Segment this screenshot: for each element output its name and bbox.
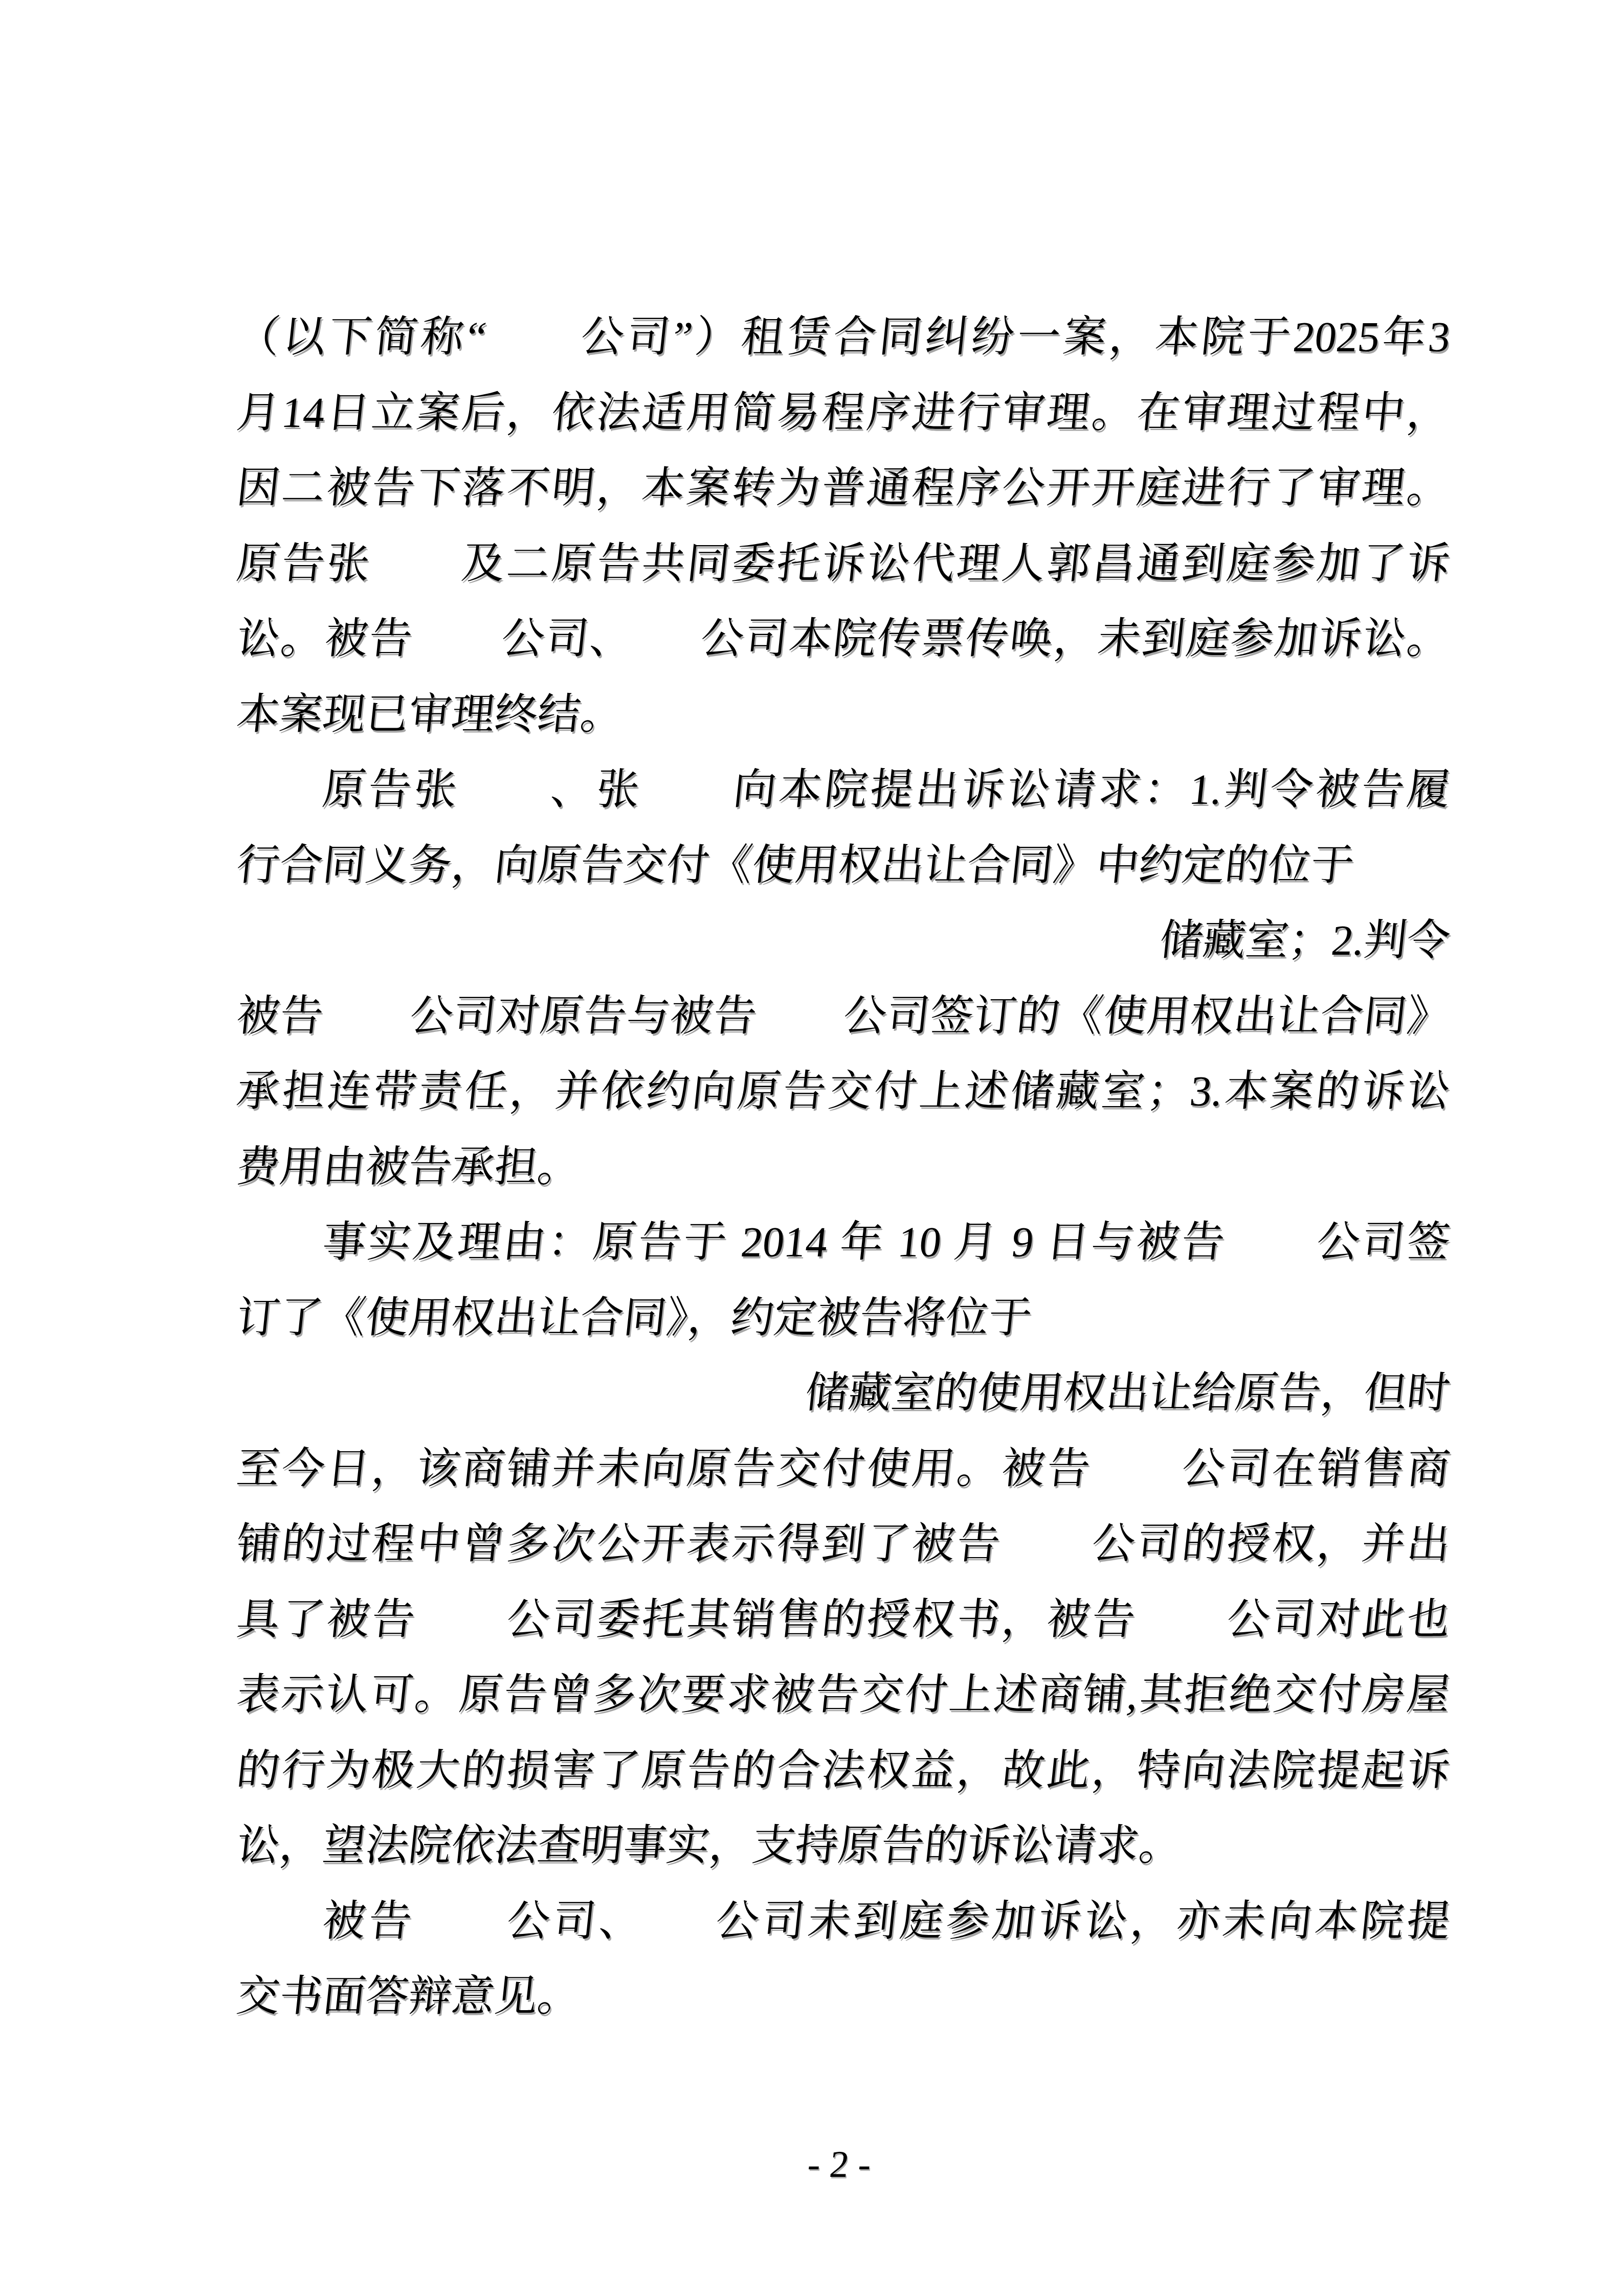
text-line: 讼。被告 公司、 公司本院传票传唤，未到庭参加诉讼。 — [233, 601, 1454, 677]
text-line: 表示认可。原告曾多次要求被告交付上述商铺,其拒绝交付房屋 — [233, 1657, 1454, 1733]
text-line: 的行为极大的损害了原告的合法权益，故此，特向法院提起诉 — [233, 1733, 1454, 1809]
page-number: - 2 - — [229, 2131, 1450, 2198]
judgment-page: （以下简称“ 公司”）租赁合同纠纷一案，本院于2025年3 月14日立案后，依法… — [0, 0, 1624, 2296]
text-line: （以下简称“ 公司”）租赁合同纠纷一案，本院于2025年3 — [233, 300, 1454, 375]
text-line: 月14日立案后，依法适用简易程序进行审理。在审理过程中， — [233, 375, 1454, 451]
text-line-redacted-address: 储藏室；2.判令 — [233, 903, 1454, 979]
judgment-body-text: （以下简称“ 公司”）租赁合同纠纷一案，本院于2025年3 月14日立案后，依法… — [233, 300, 1446, 2035]
text-line: 原告张 及二原告共同委托诉讼代理人郭昌通到庭参加了诉 — [233, 526, 1454, 602]
text-line: 本案现已审理终结。 — [233, 677, 1454, 753]
text-line: 因二被告下落不明，本案转为普通程序公开开庭进行了审理。 — [233, 451, 1454, 526]
text-line: 原告张 、张 向本院提出诉讼请求：1.判令被告履 — [233, 752, 1454, 828]
text-line: 交书面答辩意见。 — [233, 1959, 1454, 2035]
text-line: 行合同义务，向原告交付《使用权出让合同》中约定的位于 — [233, 828, 1454, 904]
text-line-redacted-address: 储藏室的使用权出让给原告，但时 — [233, 1356, 1454, 1431]
text-line: 被告 公司对原告与被告 公司签订的《使用权出让合同》 — [233, 979, 1454, 1054]
text-line: 被告 公司、 公司未到庭参加诉讼，亦未向本院提 — [233, 1884, 1454, 1960]
text-line: 具了被告 公司委托其销售的授权书，被告 公司对此也 — [233, 1582, 1454, 1658]
text-line: 至今日，该商铺并未向原告交付使用。被告 公司在销售商 — [233, 1431, 1454, 1507]
text-line: 费用由被告承担。 — [233, 1130, 1454, 1205]
text-line: 订了《使用权出让合同》，约定被告将位于 — [233, 1280, 1454, 1356]
text-line: 承担连带责任，并依约向原告交付上述储藏室；3.本案的诉讼 — [233, 1054, 1454, 1130]
text-line: 铺的过程中曾多次公开表示得到了被告 公司的授权，并出 — [233, 1506, 1454, 1582]
text-line: 讼，望法院依法查明事实，支持原告的诉讼请求。 — [233, 1808, 1454, 1884]
text-line: 事实及理由：原告于 2014 年 10 月 9 日与被告 公司签 — [233, 1205, 1454, 1280]
